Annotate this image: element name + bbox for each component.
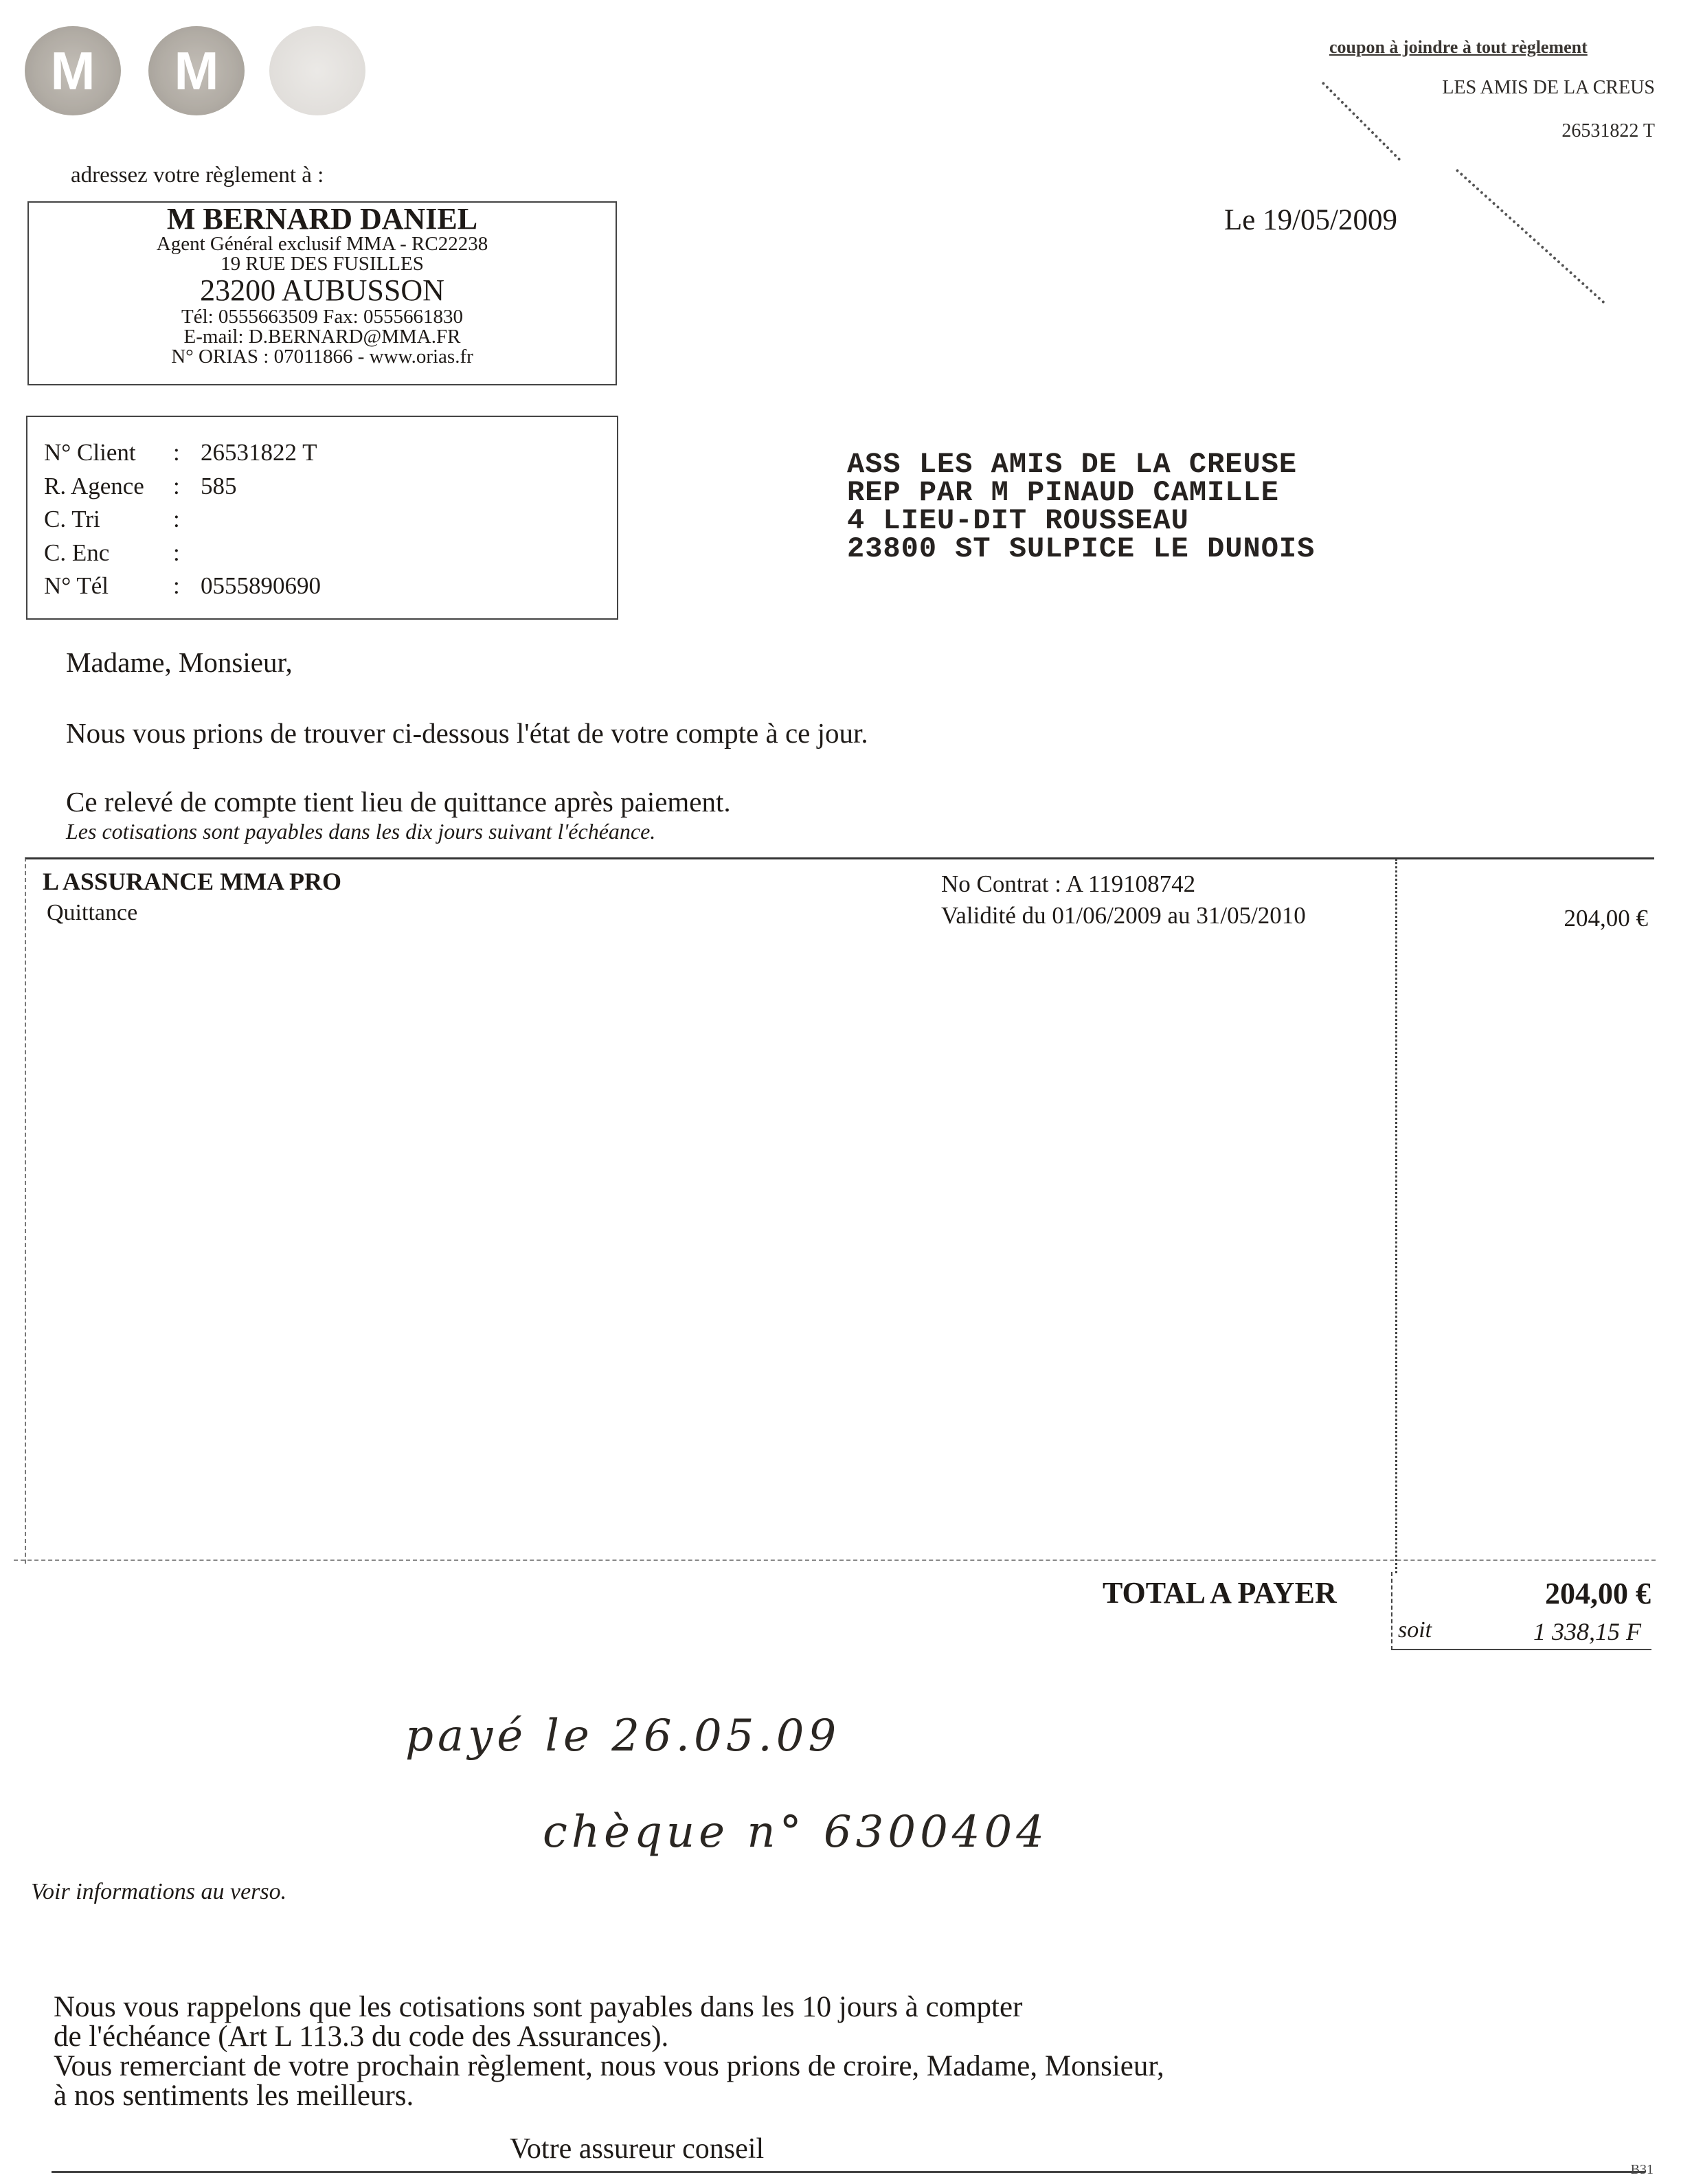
fold-line xyxy=(1322,82,1401,161)
mma-logo-icon-m2: M xyxy=(148,26,245,115)
agent-address-box: M BERNARD DANIEL Agent Général exclusif … xyxy=(27,201,617,385)
salutation: Madame, Monsieur, xyxy=(66,646,293,679)
agent-phone-fax: Tél: 0555663509 Fax: 0555661830 xyxy=(29,307,616,327)
client-field-label: C. Enc xyxy=(44,539,173,567)
recipient-line: ASS LES AMIS DE LA CREUSE xyxy=(847,451,1315,479)
recipient-line: REP PAR M PINAUD CAMILLE xyxy=(847,479,1315,507)
client-row: C. Tri: xyxy=(44,503,617,537)
total-frf-label: soit xyxy=(1398,1617,1432,1643)
logo-letter: M xyxy=(174,44,219,98)
fold-line xyxy=(1456,169,1605,304)
letter-date: Le 19/05/2009 xyxy=(1224,203,1397,237)
client-info-box: N° Client:26531822 T R. Agence:585 C. Tr… xyxy=(26,416,618,620)
statement-bottom-rule xyxy=(14,1560,1656,1561)
agent-orias: N° ORIAS : 07011866 - www.orias.fr xyxy=(29,347,616,367)
total-amount-frf: 1 338,15 F xyxy=(1533,1617,1641,1646)
client-field-value: 26531822 T xyxy=(201,439,317,466)
agent-street: 19 RUE DES FUSILLES xyxy=(29,254,616,274)
footer-rule xyxy=(52,2171,1645,2173)
client-field-label: N° Tél xyxy=(44,572,173,600)
mma-logo-icon-a xyxy=(269,26,365,115)
closing-paragraph: Nous vous rappelons que les cotisations … xyxy=(54,1992,1164,2110)
handwritten-cheque-number: chèque n° 6300404 xyxy=(543,1807,1048,1858)
closing-line: Vous remerciant de votre prochain règlem… xyxy=(54,2051,1164,2081)
due-note: Les cotisations sont payables dans les d… xyxy=(66,819,655,844)
logo-letter: M xyxy=(51,44,95,98)
contract-number: No Contrat : A 119108742 xyxy=(941,870,1195,898)
verso-note: Voir informations au verso. xyxy=(31,1879,286,1905)
client-field-label: R. Agence xyxy=(44,473,173,500)
client-field-value: 585 xyxy=(201,473,237,500)
closing-line: à nos sentiments les meilleurs. xyxy=(54,2081,1164,2110)
client-row: C. Enc: xyxy=(44,537,617,570)
coupon-name: LES AMIS DE LA CREUS xyxy=(1442,77,1655,99)
coupon-client-no: 26531822 T xyxy=(1561,120,1655,142)
statement-table xyxy=(25,857,1654,1564)
client-row: R. Agence:585 xyxy=(44,470,617,504)
recipient-line: 4 LIEU-DIT ROUSSEAU xyxy=(847,507,1315,535)
handwritten-paid-date: payé le 26.05.09 xyxy=(405,1711,840,1761)
pay-to-label: adressez votre règlement à : xyxy=(71,163,324,188)
signoff: Votre assureur conseil xyxy=(510,2132,764,2165)
total-label: TOTAL A PAYER xyxy=(1103,1575,1337,1610)
recipient-line: 23800 ST SULPICE LE DUNOIS xyxy=(847,535,1315,563)
product-name: L ASSURANCE MMA PRO xyxy=(43,867,341,896)
agent-name: M BERNARD DANIEL xyxy=(29,204,616,234)
agent-city: 23200 AUBUSSON xyxy=(29,275,616,306)
mma-logo-icon-m1: M xyxy=(25,26,121,115)
agent-role: Agent Général exclusif MMA - RC22238 xyxy=(29,234,616,254)
line-amount: 204,00 € xyxy=(1564,905,1649,932)
closing-line: de l'échéance (Art L 113.3 du code des A… xyxy=(54,2022,1164,2051)
client-row: N° Tél:0555890690 xyxy=(44,570,617,603)
coupon-title: coupon à joindre à tout règlement xyxy=(1329,37,1588,58)
client-row: N° Client:26531822 T xyxy=(44,436,617,470)
client-field-label: C. Tri xyxy=(44,506,173,533)
closing-line: Nous vous rappelons que les cotisations … xyxy=(54,1992,1164,2022)
document-type: Quittance xyxy=(47,900,137,926)
footer-code: B31 xyxy=(1631,2162,1654,2178)
amount-column-divider xyxy=(1395,859,1397,1573)
recipient-address: ASS LES AMIS DE LA CREUSE REP PAR M PINA… xyxy=(847,451,1315,563)
agent-email: E-mail: D.BERNARD@MMA.FR xyxy=(29,327,616,347)
intro-text: Nous vous prions de trouver ci-dessous l… xyxy=(66,717,868,750)
total-amount-eur: 204,00 € xyxy=(1545,1576,1651,1611)
client-field-label: N° Client xyxy=(44,439,173,466)
client-field-value: 0555890690 xyxy=(201,572,321,600)
receipt-note: Ce relevé de compte tient lieu de quitta… xyxy=(66,785,731,818)
validity-period: Validité du 01/06/2009 au 31/05/2010 xyxy=(941,902,1306,930)
